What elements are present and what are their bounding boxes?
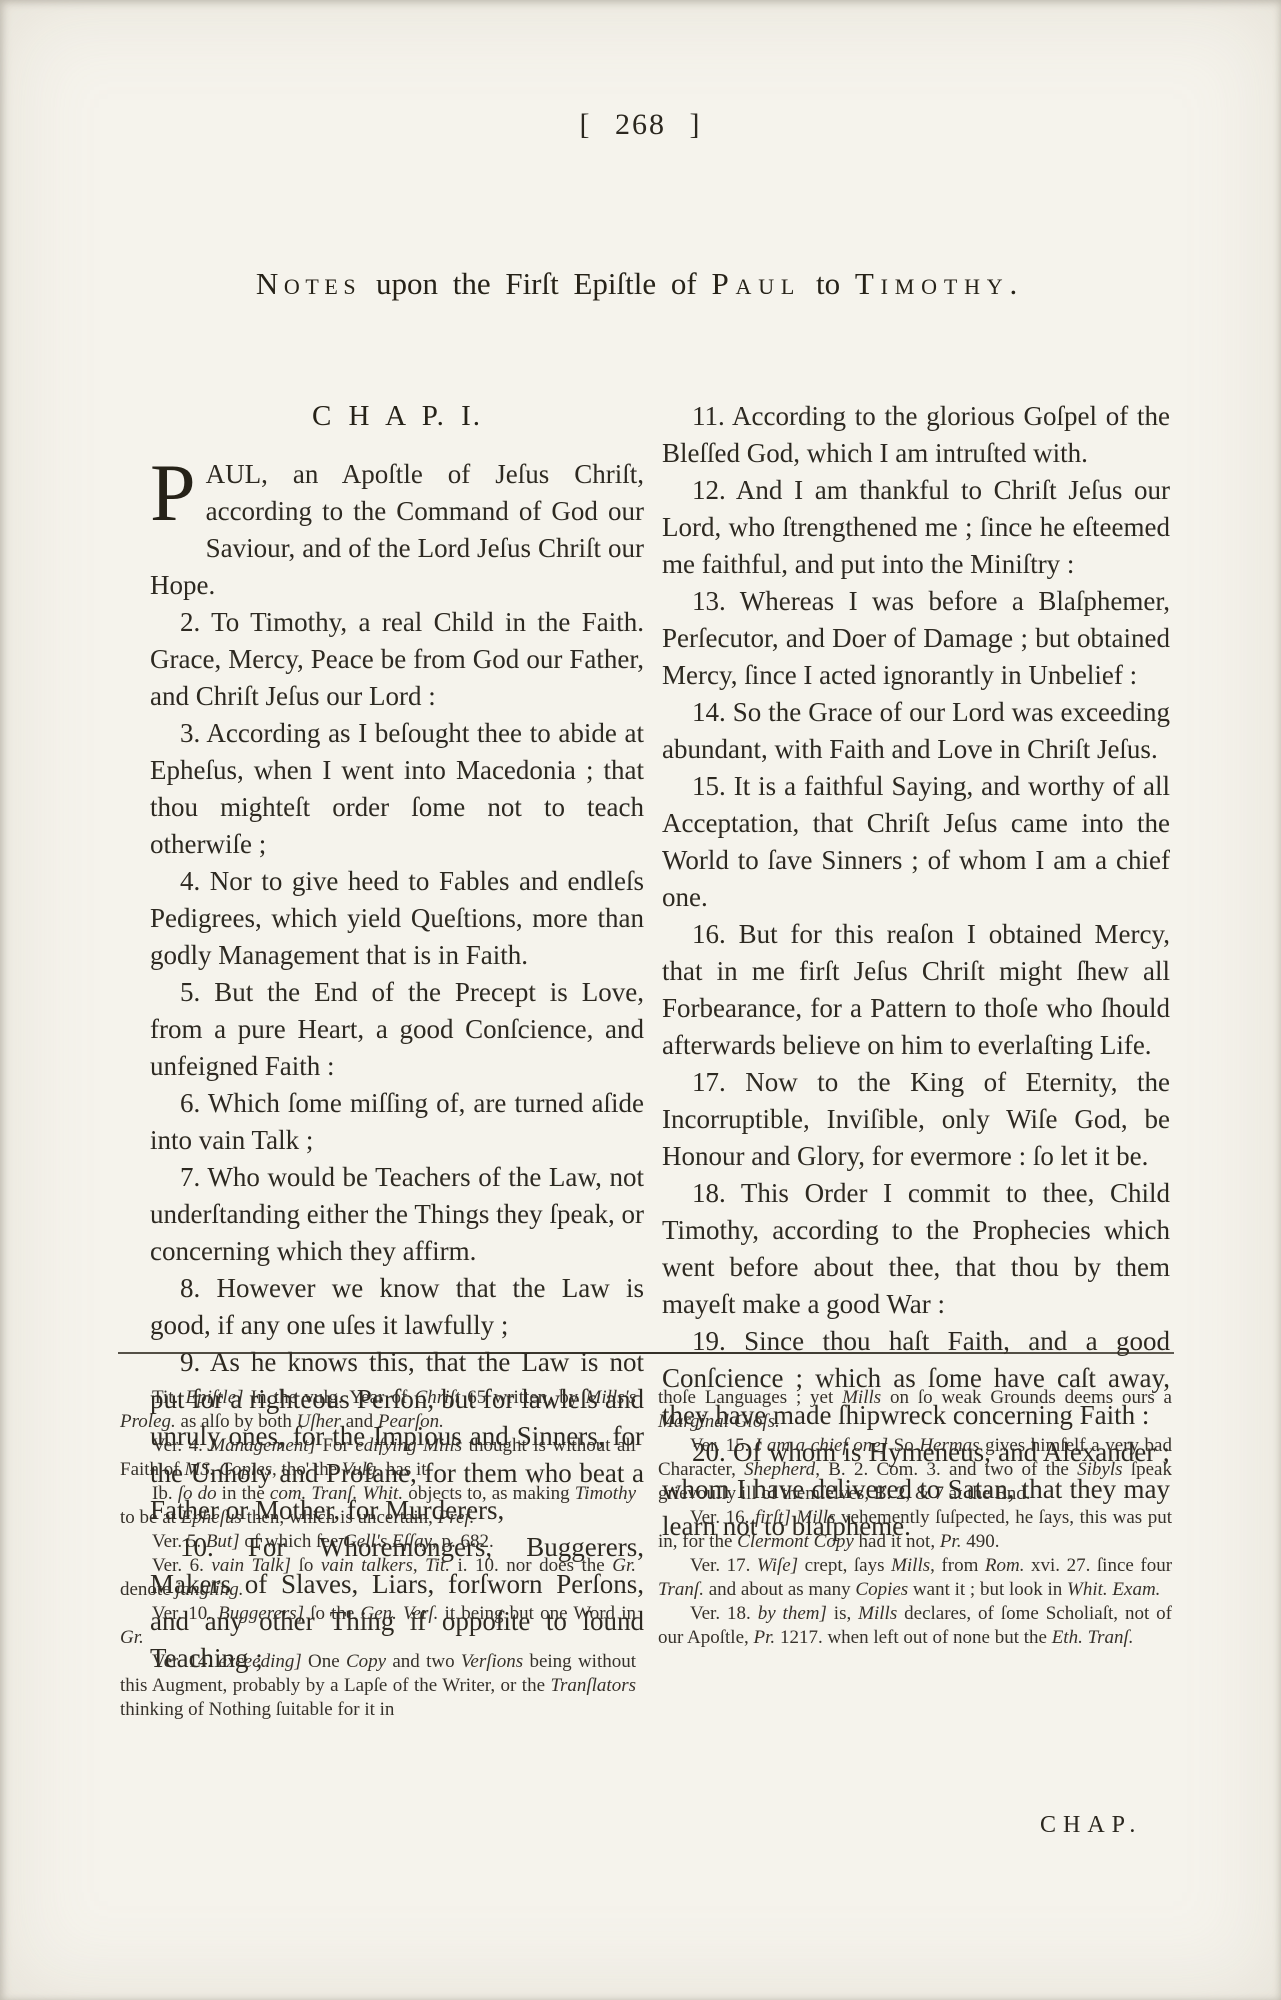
- footnote-text-segment: 490.: [961, 1531, 999, 1552]
- footnote-text-segment: by them]: [758, 1603, 827, 1624]
- footnote-text-segment: Pearſon.: [378, 1411, 444, 1432]
- footnote-text-segment: Copy: [346, 1651, 386, 1672]
- footnote-text-segment: Rom.: [985, 1555, 1025, 1576]
- right-text-column: 11. According to the glorious Goſpel of …: [662, 398, 1170, 1545]
- verse-17: 17. Now to the King of Eternity, the Inc…: [662, 1064, 1170, 1175]
- footnote-text-segment: in the: [217, 1483, 270, 1504]
- footnote-ver-14-continued: thoſe Languages ; yet Mills on ſo weak G…: [658, 1386, 1172, 1434]
- footnote-text-segment: Ver. 5.: [152, 1531, 206, 1552]
- page-number: [ 268 ]: [0, 108, 1281, 142]
- footnote-text-segment: Wiſe]: [757, 1555, 798, 1576]
- footnote-text-segment: Mills: [891, 1555, 930, 1576]
- footnote-text-segment: of which ſee: [240, 1531, 343, 1552]
- chapter-heading: C H A P. I.: [150, 398, 644, 435]
- verse-8: 8. However we know that the Law is good,…: [150, 1270, 644, 1344]
- footnotes-left-column: Tit. Epiſtle] In the vulg. Year of Chriſ…: [120, 1386, 636, 1722]
- footnote-ver-14: Ver. 14. exceeding] One Copy and two Ver…: [120, 1650, 636, 1722]
- footnote-ver-18: Ver. 18. by them] is, Mills declares, of…: [658, 1602, 1172, 1650]
- footnote-text-segment: Gr.: [612, 1555, 636, 1576]
- footnote-text-segment: objects to, as making: [403, 1483, 575, 1504]
- footnote-text-segment: , tho' the: [272, 1459, 342, 1480]
- footnote-text-segment: Copies: [855, 1579, 908, 1600]
- footnote-text-segment: Tranſ.: [658, 1579, 704, 1600]
- footnote-text-segment: Ver. 17.: [690, 1555, 757, 1576]
- verse-14: 14. So the Grace of our Lord was exceedi…: [662, 694, 1170, 768]
- footnote-text-segment: MS. Copies: [184, 1459, 272, 1480]
- title-word-paul: Paul: [711, 266, 801, 301]
- footnote-ver-17: Ver. 17. Wiſe] crept, ſays Mills, from R…: [658, 1554, 1172, 1602]
- verse-4: 4. Nor to give heed to Fables and endleſ…: [150, 863, 644, 974]
- footnote-text-segment: com. Tranſ. Whit.: [270, 1483, 403, 1504]
- footnote-text-segment: In the vulg. Year of: [244, 1387, 415, 1408]
- footnote-text-segment: Ver. 16.: [690, 1507, 755, 1528]
- footnote-text-segment: Buggerers]: [218, 1603, 304, 1624]
- catchword: CHAP.: [1040, 1812, 1142, 1839]
- footnote-text-segment: Timothy: [575, 1483, 636, 1504]
- footnote-text-segment: Ib.: [152, 1483, 178, 1504]
- title-word-timothy: Timothy.: [855, 266, 1024, 301]
- footnote-ver-6: Ver. 6. vain Talk] ſo vain talkers, Tit.…: [120, 1554, 636, 1602]
- verse-11: 11. According to the glorious Goſpel of …: [662, 398, 1170, 472]
- footnote-text-segment: Eth. Tranſ.: [1052, 1627, 1134, 1648]
- verse-1: PAUL, an Apoſtle of Jeſus Chriſt, accord…: [150, 456, 644, 604]
- footnote-text-segment: , p. 682.: [432, 1531, 494, 1552]
- page-title: Notes upon the Firſt Epiſtle of Paul to …: [60, 266, 1220, 302]
- verse-2: 2. To Timothy, a real Child in the Faith…: [150, 604, 644, 715]
- footnote-text-segment: Ver. 14.: [152, 1651, 218, 1672]
- verse-5: 5. But the End of the Precept is Love, f…: [150, 974, 644, 1085]
- title-mid-text: upon the Firſt Epiſtle of: [361, 266, 711, 301]
- footnote-ver-10: Ver. 10. Buggerers] ſo the Gen. Verſ. it…: [120, 1602, 636, 1650]
- footnote-text-segment: Uſher: [297, 1411, 341, 1432]
- scanned-book-page: [ 268 ] Notes upon the Firſt Epiſtle of …: [0, 0, 1281, 2000]
- footnote-text-segment: Gr.: [120, 1627, 144, 1648]
- footnote-text-segment: Mills: [858, 1603, 897, 1624]
- footnote-ib: Ib. ſo do in the com. Tranſ. Whit. objec…: [120, 1482, 636, 1530]
- footnote-text-segment: on ſo weak Grounds deems ours a: [881, 1387, 1172, 1408]
- footnote-text-segment: Tit.: [152, 1387, 185, 1408]
- footnote-text-segment: xvi. 27. ſince four: [1024, 1555, 1172, 1576]
- footnote-text-segment: Shepherd: [744, 1459, 815, 1480]
- footnote-text-segment: 1217. when left out of none but the: [775, 1627, 1052, 1648]
- footnote-title: Tit. Epiſtle] In the vulg. Year of Chriſ…: [120, 1386, 636, 1434]
- footnote-text-segment: it being but one Word in: [438, 1603, 636, 1624]
- footnote-text-segment: Pr.: [754, 1627, 776, 1648]
- footnote-text-segment: crept, ſays: [798, 1555, 891, 1576]
- footnote-text-segment: firſt]: [755, 1507, 791, 1528]
- verse-1-text: AUL, an Apoſtle of Jeſus Chriſt, accordi…: [150, 459, 644, 600]
- footnote-text-segment: Pref.: [438, 1507, 475, 1528]
- title-mid-text: to: [801, 266, 855, 301]
- footnote-text-segment: Sibyls: [1077, 1459, 1122, 1480]
- footnote-separator-rule: [118, 1352, 1174, 1354]
- drop-cap-initial: P: [150, 461, 196, 531]
- verse-7: 7. Who would be Teachers of the Law, not…: [150, 1159, 644, 1270]
- footnote-text-segment: Ver. 6.: [152, 1555, 211, 1576]
- footnote-text-segment: i. 10. nor does the: [450, 1555, 612, 1576]
- footnote-text-segment: exceeding]: [218, 1651, 301, 1672]
- footnote-text-segment: and about as many: [704, 1579, 855, 1600]
- footnote-text-segment: Tit.: [425, 1555, 450, 1576]
- footnote-text-segment: But]: [206, 1531, 240, 1552]
- verse-18: 18. This Order I commit to thee, Child T…: [662, 1175, 1170, 1323]
- footnote-text-segment: Whit. Exam.: [1067, 1579, 1160, 1600]
- footnote-text-segment: jangling.: [175, 1579, 243, 1600]
- footnote-text-segment: So: [888, 1435, 919, 1456]
- footnote-text-segment: , B. 2. Com. 3. and two of the: [815, 1459, 1077, 1480]
- footnote-text-segment: ,: [413, 1555, 425, 1576]
- footnote-text-segment: Ver. 18.: [690, 1603, 758, 1624]
- footnote-text-segment: Chriſt: [415, 1387, 460, 1408]
- footnote-text-segment: Mills: [796, 1507, 835, 1528]
- footnote-text-segment: then, which is uncertain,: [242, 1507, 438, 1528]
- footnote-text-segment: , from: [930, 1555, 985, 1576]
- footnote-text-segment: 65 written, by: [460, 1387, 585, 1408]
- footnote-text-segment: Gen. Verſ.: [360, 1603, 438, 1624]
- footnote-text-segment: vain Talk]: [211, 1555, 291, 1576]
- verse-13: 13. Whereas I was before a Blaſphemer, P…: [662, 583, 1170, 694]
- footnote-text-segment: ſo: [291, 1555, 321, 1576]
- verse-6: 6. Which ſome miſſing of, are turned aſi…: [150, 1085, 644, 1159]
- footnote-text-segment: Ver. 15.: [690, 1435, 755, 1456]
- footnote-text-segment: Verſions: [461, 1651, 523, 1672]
- footnote-text-segment: For: [316, 1435, 355, 1456]
- verse-3: 3. According as I beſought thee to abide…: [150, 715, 644, 863]
- footnote-text-segment: denote: [120, 1579, 175, 1600]
- footnote-text-segment: and two: [386, 1651, 461, 1672]
- footnote-text-segment: One: [302, 1651, 346, 1672]
- footnote-text-segment: want it ; but look in: [908, 1579, 1067, 1600]
- verse-16: 16. But for this reaſon I obtained Mercy…: [662, 916, 1170, 1064]
- footnote-text-segment: to be at: [120, 1507, 181, 1528]
- footnote-text-segment: Ver. 10.: [152, 1603, 218, 1624]
- footnote-text-segment: Clermont Copy: [737, 1531, 854, 1552]
- footnote-text-segment: ſo do: [178, 1483, 217, 1504]
- footnote-text-segment: Tranſlators: [550, 1675, 636, 1696]
- footnote-text-segment: edifying Mills: [355, 1435, 462, 1456]
- footnote-text-segment: vain talkers: [321, 1555, 413, 1576]
- footnote-text-segment: Management]: [209, 1435, 316, 1456]
- footnote-text-segment: Epiſtle]: [185, 1387, 243, 1408]
- footnote-text-segment: ſo the: [304, 1603, 360, 1624]
- verse-12: 12. And I am thankful to Chriſt Jeſus ou…: [662, 472, 1170, 583]
- footnote-text-segment: Marginal Gloſs.: [658, 1411, 780, 1432]
- footnote-text-segment: thoſe Languages ; yet: [658, 1387, 842, 1408]
- footnote-text-segment: and: [341, 1411, 378, 1432]
- footnote-text-segment: I am a chief one]: [755, 1435, 888, 1456]
- footnote-text-segment: is,: [827, 1603, 858, 1624]
- footnote-text-segment: Ver. 4.: [152, 1435, 209, 1456]
- footnote-ver-4: Ver. 4. Management] For edifying Mills t…: [120, 1434, 636, 1482]
- footnote-text-segment: had it not,: [854, 1531, 940, 1552]
- verse-15: 15. It is a faithful Saying, and worthy …: [662, 768, 1170, 916]
- footnote-text-segment: as alſo by both: [176, 1411, 297, 1432]
- footnote-ver-5: Ver. 5. But] of which ſee Gell's Eſſay, …: [120, 1530, 636, 1554]
- footnote-text-segment: Pr.: [940, 1531, 962, 1552]
- footnote-ver-15: Ver. 15. I am a chief one] So Hermas giv…: [658, 1434, 1172, 1506]
- footnote-ver-16: Ver. 16. firſt] Mills vehemently ſuſpect…: [658, 1506, 1172, 1554]
- footnote-text-segment: Epheſus: [181, 1507, 242, 1528]
- footnote-text-segment: Hermas: [919, 1435, 979, 1456]
- title-word-notes: Notes: [256, 266, 361, 301]
- footnotes-right-column: thoſe Languages ; yet Mills on ſo weak G…: [658, 1386, 1172, 1650]
- footnote-text-segment: Gell's Eſſay: [343, 1531, 432, 1552]
- footnote-text-segment: has it.: [381, 1459, 431, 1480]
- footnote-text-segment: Vulg.: [342, 1459, 381, 1480]
- footnote-text-segment: Mills: [842, 1387, 881, 1408]
- footnote-text-segment: thinking of Nothing ſuitable for it in: [120, 1699, 394, 1720]
